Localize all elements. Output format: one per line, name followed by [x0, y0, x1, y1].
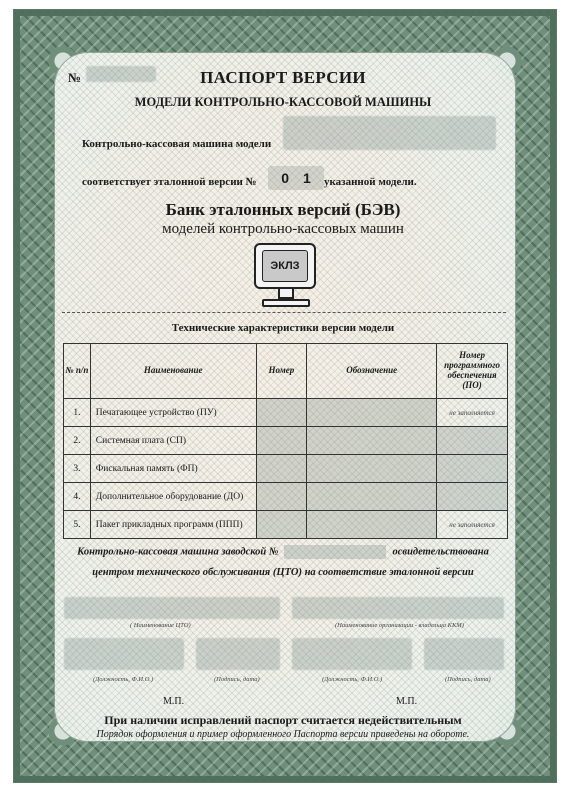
table-row: 5. Пакет прикладных программ (ППП) не за… [64, 511, 508, 539]
position-2-redacted [292, 638, 412, 670]
page-subtitle: МОДЕЛИ КОНТРОЛЬНО-КАССОВОЙ МАШИНЫ [0, 95, 566, 110]
row-number-cell [256, 427, 307, 455]
serial-number-redacted [284, 545, 386, 559]
row-software-cell: не заполняется [437, 511, 508, 539]
row-software-cell [437, 483, 508, 511]
row-name: Фискальная память (ФП) [90, 455, 256, 483]
row-num: 2. [64, 427, 91, 455]
position-1-redacted [64, 638, 184, 670]
row-software-cell [437, 455, 508, 483]
row-num: 5. [64, 511, 91, 539]
row-designation-cell [307, 511, 437, 539]
table-row: 4. Дополнительное оборудование (ДО) [64, 483, 508, 511]
row-number-cell [256, 455, 307, 483]
model-line: Контрольно-кассовая машина модели [82, 138, 271, 150]
bank-title: Банк эталонных версий (БЭВ) [0, 200, 566, 220]
label-owner: (Наименование организации - владельца КК… [335, 622, 464, 629]
divider [62, 312, 506, 313]
monitor-neck [278, 289, 294, 299]
row-name: Пакет прикладных программ (ППП) [90, 511, 256, 539]
version-digit: 1 [303, 170, 311, 186]
row-num: 1. [64, 399, 91, 427]
monitor-base [262, 299, 310, 307]
table-row: 2. Системная плата (СП) [64, 427, 508, 455]
signature-2-redacted [424, 638, 504, 670]
table-row: 3. Фискальная память (ФП) [64, 455, 508, 483]
footer-note: Порядок оформления и пример оформленного… [0, 729, 566, 740]
specs-title: Технические характеристики версии модели [0, 322, 566, 334]
page-title: ПАСПОРТ ВЕРСИИ [0, 68, 566, 88]
signature-1-redacted [196, 638, 280, 670]
row-designation-cell [307, 455, 437, 483]
cto-name-redacted [64, 597, 280, 619]
row-designation-cell [307, 427, 437, 455]
col-header-software: Номер программного обеспечения (ПО) [437, 344, 508, 399]
col-header-number: Номер [256, 344, 307, 399]
monitor-screen: ЭКЛЗ [254, 243, 316, 289]
label-signature-1: (Подпись, дата) [214, 676, 260, 683]
label-cto: ( Наименование ЦТО) [130, 622, 191, 629]
row-software-cell: не заполняется [437, 399, 508, 427]
row-number-cell [256, 399, 307, 427]
row-number-cell [256, 511, 307, 539]
col-header-num: № п/п [64, 344, 91, 399]
stamp-place-2: М.П. [396, 696, 417, 707]
col-header-name: Наименование [90, 344, 256, 399]
row-number-cell [256, 483, 307, 511]
row-num: 4. [64, 483, 91, 511]
model-name-redacted [283, 116, 496, 150]
version-line-suffix: указанной модели. [324, 176, 417, 188]
version-number: 0 1 [268, 166, 324, 190]
row-designation-cell [307, 483, 437, 511]
label-position-2: (Должность, Ф.И.О.) [322, 676, 382, 683]
stamp-place-1: М.П. [163, 696, 184, 707]
owner-name-redacted [292, 597, 504, 619]
certification-suffix: освидетельствована [392, 546, 488, 557]
monitor-icon: ЭКЛЗ [254, 243, 316, 309]
row-software-cell [437, 427, 508, 455]
label-position-1: (Должность, Ф.И.О.) [93, 676, 153, 683]
table-header-row: № п/п Наименование Номер Обозначение Ном… [64, 344, 508, 399]
row-name: Дополнительное оборудование (ДО) [90, 483, 256, 511]
table-row: 1. Печатающее устройство (ПУ) не заполня… [64, 399, 508, 427]
row-name: Печатающее устройство (ПУ) [90, 399, 256, 427]
label-signature-2: (Подпись, дата) [445, 676, 491, 683]
version-line-prefix: соответствует эталонной версии № [82, 176, 257, 188]
row-designation-cell [307, 399, 437, 427]
monitor-label: ЭКЛЗ [262, 250, 308, 282]
col-header-designation: Обозначение [307, 344, 437, 399]
row-name: Системная плата (СП) [90, 427, 256, 455]
bank-subtitle: моделей контрольно-кассовых машин [0, 221, 566, 238]
certification-prefix: Контрольно-кассовая машина заводской № [77, 546, 278, 557]
warning-text: При наличии исправлений паспорт считаетс… [0, 713, 566, 728]
version-digit: 0 [281, 170, 289, 186]
certification-line-2: центром технического обслуживания (ЦТО) … [0, 567, 566, 578]
specs-table: № п/п Наименование Номер Обозначение Ном… [63, 343, 508, 539]
certification-line-1: Контрольно-кассовая машина заводской №ос… [0, 545, 566, 559]
row-num: 3. [64, 455, 91, 483]
